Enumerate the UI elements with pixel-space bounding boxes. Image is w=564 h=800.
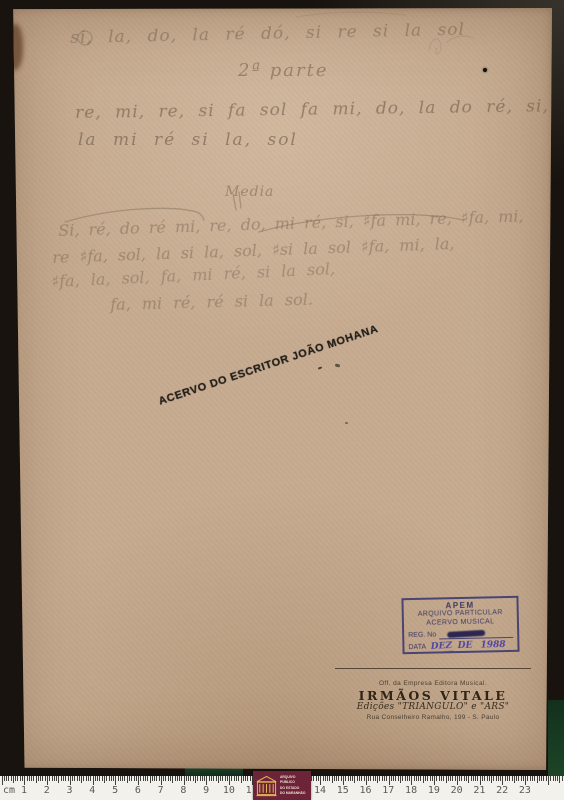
ruler-tick bbox=[389, 776, 390, 785]
ruler-tick bbox=[113, 776, 114, 781]
ruler-number: 7 bbox=[158, 785, 164, 796]
ruler-tick bbox=[484, 776, 485, 781]
ruler-tick bbox=[448, 776, 449, 781]
ruler-tick bbox=[250, 776, 251, 781]
ruler-tick bbox=[427, 776, 428, 781]
ruler-tick bbox=[493, 776, 494, 781]
ruler-number: 8 bbox=[180, 785, 186, 796]
ruler-tick bbox=[70, 776, 71, 785]
ruler-tick bbox=[168, 776, 169, 781]
archive-stamp-date-row: DATA DEZ DE 1988 bbox=[408, 640, 513, 653]
ruler-tick bbox=[61, 776, 62, 781]
ruler-tick bbox=[179, 776, 180, 781]
ruler-tick bbox=[489, 776, 490, 781]
ruler-tick bbox=[88, 776, 89, 781]
ruler-tick bbox=[99, 776, 100, 781]
ruler-tick bbox=[532, 776, 533, 781]
ruler-tick bbox=[398, 776, 399, 781]
ruler-tick bbox=[512, 776, 513, 781]
ruler-tick bbox=[441, 776, 442, 781]
ruler-tick bbox=[218, 776, 219, 783]
ruler-tick bbox=[475, 776, 476, 781]
ruler-tick bbox=[77, 776, 78, 781]
ruler-tick bbox=[430, 776, 431, 781]
ruler-tick bbox=[539, 776, 540, 781]
ruler-tick bbox=[341, 776, 342, 781]
ruler-tick bbox=[546, 776, 547, 781]
ruler-tick bbox=[140, 776, 141, 781]
ruler-tick bbox=[52, 776, 53, 781]
ruler-tick bbox=[450, 776, 451, 781]
ruler-tick bbox=[45, 776, 46, 781]
ruler-tick bbox=[161, 776, 162, 785]
ruler-unit-label: cm bbox=[3, 785, 15, 796]
ruler-tick bbox=[115, 776, 116, 785]
ruler-tick bbox=[211, 776, 212, 781]
ruler-tick bbox=[487, 776, 488, 781]
ruler-tick bbox=[375, 776, 376, 781]
ruler-tick bbox=[15, 776, 16, 781]
ruler-tick bbox=[95, 776, 96, 781]
ruler-tick bbox=[329, 776, 330, 781]
ruler-tick bbox=[480, 776, 481, 785]
ruler-tick bbox=[416, 776, 417, 781]
ruler-tick bbox=[461, 776, 462, 781]
ruler-number: 19 bbox=[428, 785, 440, 796]
ruler-number: 21 bbox=[473, 785, 485, 796]
ruler-tick bbox=[557, 776, 558, 781]
ruler-tick bbox=[364, 776, 365, 781]
ruler-tick bbox=[332, 776, 333, 783]
ruler-tick bbox=[320, 776, 321, 785]
ruler-number: 4 bbox=[89, 785, 95, 796]
ruler-tick bbox=[209, 776, 210, 781]
ruler-tick bbox=[104, 776, 105, 783]
ruler-tick bbox=[352, 776, 353, 781]
ruler-tick bbox=[425, 776, 426, 781]
imprint-divider bbox=[335, 668, 531, 669]
ruler-tick bbox=[452, 776, 453, 781]
ruler-tick bbox=[216, 776, 217, 781]
ruler-tick bbox=[204, 776, 205, 781]
ruler-tick bbox=[477, 776, 478, 781]
ruler-tick bbox=[432, 776, 433, 781]
ruler-tick bbox=[175, 776, 176, 781]
logo-text-line: DO MARANHÃO bbox=[280, 792, 296, 795]
ruler-tick bbox=[13, 776, 14, 783]
ruler-number: 16 bbox=[360, 785, 372, 796]
tape-stain bbox=[6, 24, 23, 70]
ruler-tick bbox=[386, 776, 387, 781]
ruler-tick bbox=[336, 776, 337, 781]
ruler-tick bbox=[434, 776, 435, 785]
ruler-tick bbox=[446, 776, 447, 783]
ruler-tick bbox=[56, 776, 57, 781]
ink-speck bbox=[345, 422, 348, 424]
ruler-tick bbox=[534, 776, 535, 781]
ruler-tick bbox=[33, 776, 34, 781]
publisher-imprint: Off. da Empresa Editora Musical. IRMÃOS … bbox=[327, 668, 539, 721]
ruler-tick bbox=[81, 776, 82, 783]
ruler-tick bbox=[163, 776, 164, 781]
ruler-tick bbox=[22, 776, 23, 781]
ruler-tick bbox=[384, 776, 385, 781]
ruler-number: 18 bbox=[405, 785, 417, 796]
building-icon bbox=[255, 774, 278, 798]
ruler-tick bbox=[136, 776, 137, 781]
ruler-tick bbox=[225, 776, 226, 781]
ruler-tick bbox=[311, 776, 312, 781]
ruler-tick bbox=[152, 776, 153, 781]
ruler-tick bbox=[368, 776, 369, 781]
ruler-tick bbox=[518, 776, 519, 781]
ruler-tick bbox=[543, 776, 544, 781]
ruler-tick bbox=[457, 776, 458, 785]
ruler-tick bbox=[150, 776, 151, 783]
ruler-tick bbox=[147, 776, 148, 781]
ruler-tick bbox=[436, 776, 437, 781]
ruler-tick bbox=[31, 776, 32, 781]
ruler-tick bbox=[366, 776, 367, 785]
ruler-number: 5 bbox=[112, 785, 118, 796]
pencil-section-heading: Media bbox=[225, 184, 274, 200]
ruler-tick bbox=[343, 776, 344, 785]
ruler-tick bbox=[414, 776, 415, 781]
ruler-tick bbox=[172, 776, 173, 783]
ruler-tick bbox=[473, 776, 474, 781]
ruler-tick bbox=[395, 776, 396, 781]
ruler-tick bbox=[159, 776, 160, 781]
archive-stamp-reg-row: REG. No bbox=[408, 628, 513, 640]
ruler-tick bbox=[498, 776, 499, 781]
ruler-tick bbox=[471, 776, 472, 781]
ruler-number: 2 bbox=[44, 785, 50, 796]
ruler-number: 14 bbox=[314, 785, 326, 796]
ruler-tick bbox=[516, 776, 517, 781]
ruler-tick bbox=[325, 776, 326, 781]
ruler-tick bbox=[63, 776, 64, 781]
imprint-workshop-line: Off. da Empresa Editora Musical. bbox=[327, 680, 539, 687]
ruler-tick bbox=[357, 776, 358, 781]
ruler-tick bbox=[500, 776, 501, 781]
ruler-tick bbox=[562, 776, 563, 781]
ruler-tick bbox=[231, 776, 232, 781]
ownership-stamp: ACERVO DO ESCRITOR JOÃO MOHANA bbox=[157, 323, 380, 408]
ruler-tick bbox=[124, 776, 125, 781]
ruler-tick bbox=[106, 776, 107, 781]
ruler-tick bbox=[553, 776, 554, 781]
scanner-mat-sliver-right bbox=[548, 700, 564, 777]
ruler-tick bbox=[138, 776, 139, 785]
ruler-tick bbox=[177, 776, 178, 781]
ruler-tick bbox=[38, 776, 39, 781]
ruler-tick bbox=[550, 776, 551, 781]
ruler-tick bbox=[243, 776, 244, 781]
ruler-number: 17 bbox=[382, 785, 394, 796]
date-year-handwritten: 1988 bbox=[477, 640, 509, 652]
ruler-tick bbox=[502, 776, 503, 785]
date-month-handwritten: DEZ bbox=[429, 641, 454, 653]
ruler-tick bbox=[120, 776, 121, 781]
ruler-tick bbox=[47, 776, 48, 785]
ruler-number: 1 bbox=[21, 785, 27, 796]
ruler-tick bbox=[391, 776, 392, 781]
ruler-tick bbox=[313, 776, 314, 781]
ruler-tick bbox=[382, 776, 383, 781]
ruler-tick bbox=[405, 776, 406, 781]
ruler-tick bbox=[40, 776, 41, 781]
ruler-tick bbox=[127, 776, 128, 783]
ruler-tick bbox=[359, 776, 360, 781]
ruler-tick bbox=[407, 776, 408, 781]
ruler-tick bbox=[318, 776, 319, 781]
ruler-tick bbox=[393, 776, 394, 781]
ruler-tick bbox=[402, 776, 403, 781]
pencil-note-line3: la mi ré si la, sol bbox=[78, 130, 298, 150]
imprint-editions-line: Edições "TRIANGULO" e "ARS" bbox=[327, 702, 539, 713]
ruler-tick bbox=[74, 776, 75, 781]
ruler-tick bbox=[507, 776, 508, 781]
ruler-tick bbox=[83, 776, 84, 781]
ruler-tick bbox=[197, 776, 198, 781]
archive-stamp-box: APEM ARQUIVO PARTICULAR ACERVO MUSICAL R… bbox=[401, 596, 519, 654]
ruler-tick bbox=[184, 776, 185, 785]
ruler-tick bbox=[527, 776, 528, 781]
ruler-tick bbox=[373, 776, 374, 781]
ruler-tick bbox=[316, 776, 317, 781]
ruler-tick bbox=[68, 776, 69, 781]
ruler-tick bbox=[20, 776, 21, 781]
ruler-tick bbox=[143, 776, 144, 781]
reg-label: REG. No bbox=[408, 631, 436, 641]
ruler-tick bbox=[530, 776, 531, 781]
ruler-number: 10 bbox=[223, 785, 235, 796]
ruler-tick bbox=[165, 776, 166, 781]
ruler-tick bbox=[29, 776, 30, 781]
ruler-tick bbox=[49, 776, 50, 781]
ruler-tick bbox=[222, 776, 223, 781]
ruler-tick bbox=[131, 776, 132, 781]
ruler-tick bbox=[200, 776, 201, 781]
ruler-tick bbox=[541, 776, 542, 781]
ruler-tick bbox=[2, 776, 3, 785]
pencil-note-line1: si, la, do, la ré dó, si re si la sol bbox=[70, 20, 465, 48]
ruler-tick bbox=[154, 776, 155, 781]
ruler-tick bbox=[423, 776, 424, 783]
ruler-tick bbox=[170, 776, 171, 781]
ruler-tick bbox=[418, 776, 419, 781]
pencil-note-line7: fa, mi ré, ré si la sol. bbox=[110, 290, 313, 314]
ink-speck bbox=[335, 363, 341, 367]
ruler-tick bbox=[118, 776, 119, 781]
ruler-tick bbox=[72, 776, 73, 781]
ruler-number: 9 bbox=[203, 785, 209, 796]
ruler-tick bbox=[24, 776, 25, 785]
ruler-tick bbox=[220, 776, 221, 781]
ruler-tick bbox=[181, 776, 182, 781]
ruler-number: 15 bbox=[337, 785, 349, 796]
ruler-tick bbox=[122, 776, 123, 781]
archive-logo: ARQUIVO PÚBLICO DO ESTADO DO MARANHÃO bbox=[253, 771, 311, 800]
ruler-tick bbox=[86, 776, 87, 781]
ruler-tick bbox=[245, 776, 246, 781]
ruler-number: 6 bbox=[135, 785, 141, 796]
ruler-tick bbox=[102, 776, 103, 781]
ruler-tick bbox=[379, 776, 380, 781]
ruler-tick bbox=[439, 776, 440, 781]
ruler-tick bbox=[555, 776, 556, 781]
ruler-tick bbox=[193, 776, 194, 781]
reg-underline bbox=[439, 628, 513, 640]
ruler-tick bbox=[36, 776, 37, 783]
ruler-tick bbox=[509, 776, 510, 781]
ruler-tick bbox=[247, 776, 248, 781]
ruler-tick bbox=[514, 776, 515, 783]
ruler-tick bbox=[468, 776, 469, 783]
ruler-tick bbox=[213, 776, 214, 781]
ruler-tick bbox=[202, 776, 203, 781]
ruler-tick bbox=[482, 776, 483, 781]
archive-logo-text: ARQUIVO PÚBLICO DO ESTADO DO MARANHÃO bbox=[280, 775, 309, 797]
ruler-tick bbox=[464, 776, 465, 781]
ruler-tick bbox=[241, 776, 242, 783]
ruler-tick bbox=[111, 776, 112, 781]
ruler-tick bbox=[377, 776, 378, 783]
ruler-number: 3 bbox=[67, 785, 73, 796]
ruler-tick bbox=[491, 776, 492, 783]
ruler-tick bbox=[190, 776, 191, 781]
ruler-tick bbox=[361, 776, 362, 781]
ruler-tick bbox=[11, 776, 12, 781]
ruler-tick bbox=[90, 776, 91, 781]
ruler-tick bbox=[505, 776, 506, 781]
ruler-tick bbox=[93, 776, 94, 785]
ruler-tick bbox=[466, 776, 467, 781]
logo-text-line: PÚBLICO bbox=[280, 781, 296, 784]
ruler-tick bbox=[548, 776, 549, 785]
reg-scribble bbox=[447, 630, 485, 638]
ruler-tick bbox=[186, 776, 187, 781]
ruler-tick bbox=[525, 776, 526, 785]
ruler-tick bbox=[206, 776, 207, 785]
imprint-publisher-name: IRMÃOS VITALE bbox=[327, 689, 539, 702]
ink-speck bbox=[318, 366, 322, 369]
ruler-tick bbox=[455, 776, 456, 781]
ruler-tick bbox=[42, 776, 43, 781]
ruler-tick bbox=[156, 776, 157, 781]
ruler-tick bbox=[8, 776, 9, 781]
ruler-tick bbox=[400, 776, 401, 783]
ruler-number: 22 bbox=[496, 785, 508, 796]
ruler-tick bbox=[496, 776, 497, 781]
ruler-tick bbox=[229, 776, 230, 785]
date-connector-handwritten: DE bbox=[456, 641, 474, 652]
ruler-tick bbox=[4, 776, 5, 781]
logo-text-line: ARQUIVO bbox=[280, 776, 296, 779]
ruler-tick bbox=[6, 776, 7, 781]
ruler-tick bbox=[327, 776, 328, 781]
ruler-tick bbox=[236, 776, 237, 781]
ruler-tick bbox=[145, 776, 146, 781]
ruler-tick bbox=[238, 776, 239, 781]
ruler-tick bbox=[227, 776, 228, 781]
ruler-tick bbox=[65, 776, 66, 781]
ruler-tick bbox=[348, 776, 349, 781]
ruler-tick bbox=[97, 776, 98, 781]
ruler-tick bbox=[370, 776, 371, 781]
ruler-tick bbox=[323, 776, 324, 781]
ruler-tick bbox=[129, 776, 130, 781]
ruler-tick bbox=[195, 776, 196, 783]
ruler-tick bbox=[134, 776, 135, 781]
ruler-tick bbox=[27, 776, 28, 781]
ruler-tick bbox=[443, 776, 444, 781]
ruler-tick bbox=[521, 776, 522, 781]
ruler-tick bbox=[188, 776, 189, 781]
ruler-tick bbox=[54, 776, 55, 781]
ruler-tick bbox=[234, 776, 235, 781]
ruler-number: 23 bbox=[519, 785, 531, 796]
ruler-tick bbox=[459, 776, 460, 781]
ruler-tick bbox=[420, 776, 421, 781]
ruler-tick bbox=[109, 776, 110, 781]
ruler-tick bbox=[350, 776, 351, 781]
pinhole-dot bbox=[483, 68, 487, 72]
ruler-tick bbox=[79, 776, 80, 781]
ruler-tick bbox=[354, 776, 355, 783]
ruler-tick bbox=[559, 776, 560, 783]
ruler-tick bbox=[537, 776, 538, 783]
pencil-part-heading: 2ª parte bbox=[238, 60, 328, 81]
ruler-tick bbox=[17, 776, 18, 781]
ruler-tick bbox=[334, 776, 335, 781]
imprint-address-line: Rua Conselheiro Ramalho, 199 - S. Paulo bbox=[327, 714, 539, 721]
ruler-tick bbox=[345, 776, 346, 781]
logo-text-line: DO ESTADO bbox=[280, 787, 296, 790]
ruler-tick bbox=[411, 776, 412, 785]
ruler-tick bbox=[338, 776, 339, 781]
ruler-tick bbox=[409, 776, 410, 781]
ruler-tick bbox=[523, 776, 524, 781]
ruler-number: 20 bbox=[451, 785, 463, 796]
scanned-paper-sheet: si, la, do, la ré dó, si re si la sol 2ª… bbox=[11, 8, 552, 770]
date-label: DATA bbox=[408, 643, 426, 653]
pencil-note-line2: re, mi, re, si fa sol fa mi, do, la do r… bbox=[75, 96, 564, 123]
ruler-tick bbox=[58, 776, 59, 783]
